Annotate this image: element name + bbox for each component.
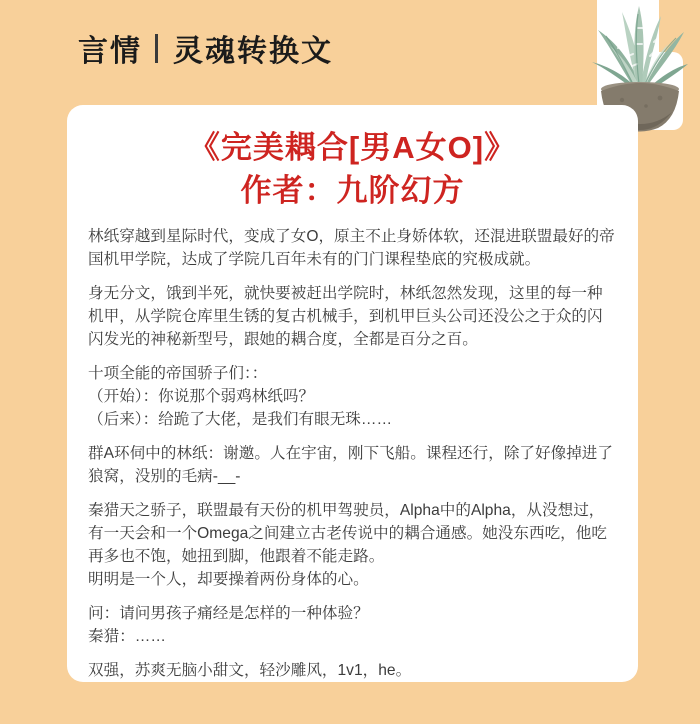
page-background: 言情 灵魂转换文 <box>0 0 700 724</box>
book-title: 《完美耦合[男A女O]》 <box>67 130 638 166</box>
header-divider <box>155 34 158 63</box>
book-author: 作者：九阶幻方 <box>67 173 638 209</box>
header-topic-label: 灵魂转换文 <box>173 26 333 70</box>
synopsis-paragraph: 双强，苏爽无脑小甜文，轻沙雕风，1v1，he。 <box>88 659 618 682</box>
synopsis-paragraph: 问：请问男孩子痛经是怎样的一种体验？秦猎：…… <box>88 602 618 648</box>
synopsis-paragraph: 林纸穿越到星际时代，变成了女O，原主不止身娇体软，还混进联盟最好的帝国机甲学院，… <box>88 225 618 271</box>
synopsis-paragraph: 秦猎天之骄子，联盟最有天份的机甲驾驶员，Alpha中的Alpha，从没想过，有一… <box>88 499 618 591</box>
synopsis-paragraph: 十项全能的帝国骄子们：：（开始）：你说那个弱鸡林纸吗？（后来）：给跪了大佬，是我… <box>88 362 618 431</box>
book-synopsis: 林纸穿越到星际时代，变成了女O，原主不止身娇体软，还混进联盟最好的帝国机甲学院，… <box>88 225 618 682</box>
synopsis-paragraph: 身无分文，饿到半死，就快要被赶出学院时，林纸忽然发现，这里的每一种机甲，从学院仓… <box>88 282 618 351</box>
header-category-label: 言情 <box>78 26 142 70</box>
content-card: 《完美耦合[男A女O]》 作者：九阶幻方 林纸穿越到星际时代，变成了女O，原主不… <box>67 105 638 682</box>
synopsis-paragraph: 群A环伺中的林纸：谢邀。人在宇宙，刚下飞船。课程还行，除了好像掉进了狼窝，没别的… <box>88 442 618 488</box>
header: 言情 灵魂转换文 <box>78 26 333 70</box>
